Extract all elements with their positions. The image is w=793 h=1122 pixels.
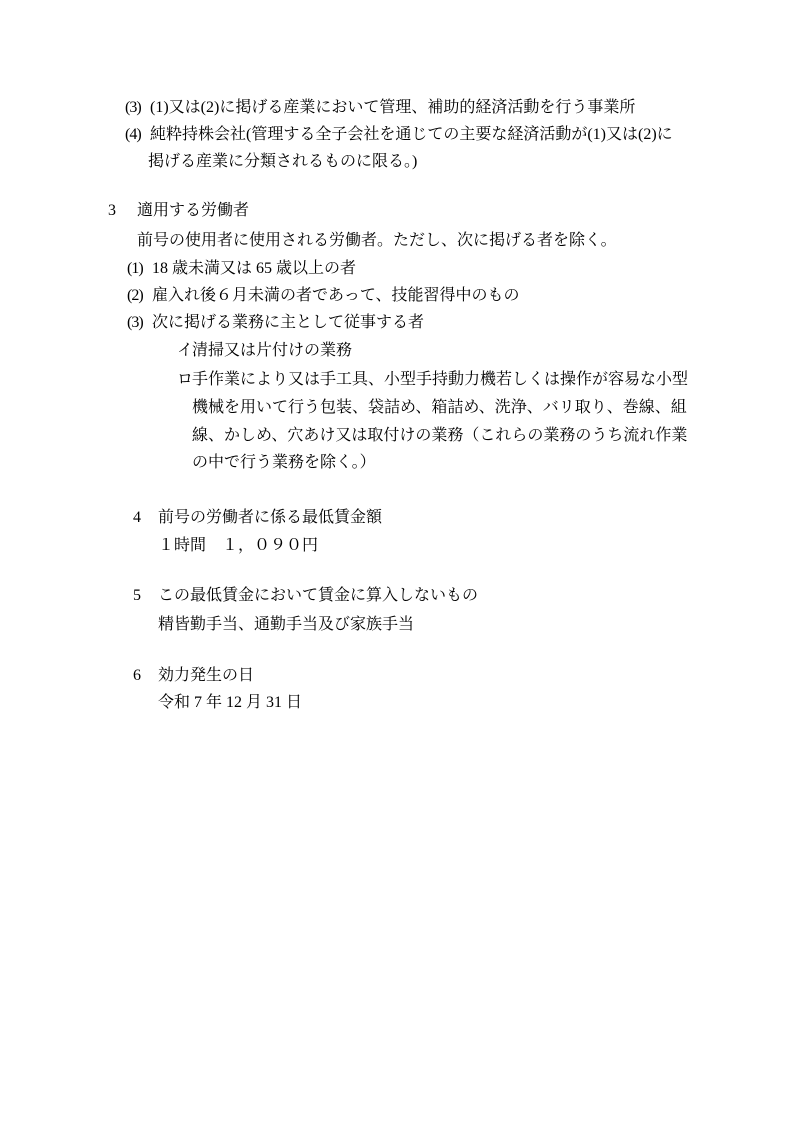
list-item-text: 18 歳未満又は 65 歳以上の者 xyxy=(152,255,356,282)
sub-list-item: ロ 手作業により又は手工具、小型手持動力機若しくは操作が容易な小型 xyxy=(177,366,688,393)
sub-list-item-marker: ロ xyxy=(177,366,192,393)
list-item-marker: (4) xyxy=(125,121,150,148)
minimum-wage-amount: １時間 １，０９０円 xyxy=(158,532,318,559)
list-item-text: 雇入れ後６月未満の者であって、技能習得中のもの xyxy=(152,282,520,309)
section-body-text: 前号の使用者に使用される労働者。ただし、次に掲げる者を除く。 xyxy=(137,227,617,254)
section-title: 前号の労働者に係る最低賃金額 xyxy=(158,504,382,531)
list-item-marker: (3) xyxy=(125,94,150,121)
sub-list-item-text: の中で行う業務を除く。） xyxy=(192,449,376,476)
sub-list-item-text: 線、かしめ、穴あけ又は取付けの業務（これらの業務のうち流れ作業 xyxy=(192,422,687,449)
list-item: (1) 18 歳未満又は 65 歳以上の者 xyxy=(127,255,356,282)
section-3-body: 前号の使用者に使用される労働者。ただし、次に掲げる者を除く。 xyxy=(137,227,617,254)
document-page: (3) (1)又は(2)に掲げる産業において管理、補助的経済活動を行う事業所 (… xyxy=(0,0,793,1122)
list-item-marker: (3) xyxy=(127,309,152,336)
list-item-text: 次に掲げる業務に主として従事する者 xyxy=(152,309,424,336)
list-item-text: (1)又は(2)に掲げる産業において管理、補助的経済活動を行う事業所 xyxy=(150,94,635,121)
list-item-text: 純粋持株会社(管理する全子会社を通じての主要な経済活動が(1)又は(2)に xyxy=(150,121,673,148)
list-item-continuation: 掲げる産業に分類されるものに限る。) xyxy=(148,148,417,175)
section-number: 4 xyxy=(133,504,158,531)
section-title: この最低賃金において賃金に算入しないもの xyxy=(158,582,478,609)
section-title: 適用する労働者 xyxy=(137,197,249,224)
section-title: 効力発生の日 xyxy=(158,662,254,689)
sub-list-item-continuation: の中で行う業務を除く。） xyxy=(192,449,376,476)
list-item: (3) 次に掲げる業務に主として従事する者 xyxy=(127,309,424,336)
list-item: (3) (1)又は(2)に掲げる産業において管理、補助的経済活動を行う事業所 xyxy=(125,94,635,121)
section-number: 5 xyxy=(133,582,158,609)
section-number: 6 xyxy=(133,662,158,689)
list-item-text: 掲げる産業に分類されるものに限る。) xyxy=(148,148,417,175)
list-item: (2) 雇入れ後６月未満の者であって、技能習得中のもの xyxy=(127,282,520,309)
section-5-heading: 5 この最低賃金において賃金に算入しないもの xyxy=(133,582,478,609)
excluded-allowances-text: 精皆勤手当、通勤手当及び家族手当 xyxy=(158,611,414,638)
section-4-heading: 4 前号の労働者に係る最低賃金額 xyxy=(133,504,382,531)
section-3-heading: 3 適用する労働者 xyxy=(108,197,249,224)
list-item-marker: (2) xyxy=(127,282,152,309)
list-item-marker: (1) xyxy=(127,255,152,282)
section-6-heading: 6 効力発生の日 xyxy=(133,662,254,689)
sub-list-item-text: 機械を用いて行う包装、袋詰め、箱詰め、洗浄、バリ取り、巻線、組 xyxy=(192,394,687,421)
sub-list-item-continuation: 線、かしめ、穴あけ又は取付けの業務（これらの業務のうち流れ作業 xyxy=(192,422,687,449)
sub-list-item-text: 手作業により又は手工具、小型手持動力機若しくは操作が容易な小型 xyxy=(192,366,688,393)
section-5-body: 精皆勤手当、通勤手当及び家族手当 xyxy=(158,611,414,638)
sub-list-item-marker: イ xyxy=(177,337,192,364)
sub-list-item-continuation: 機械を用いて行う包装、袋詰め、箱詰め、洗浄、バリ取り、巻線、組 xyxy=(192,394,687,421)
sub-list-item-text: 清掃又は片付けの業務 xyxy=(192,337,352,364)
section-number: 3 xyxy=(108,197,137,224)
section-6-body: 令和 7 年 12 月 31 日 xyxy=(158,689,302,716)
section-4-body: １時間 １，０９０円 xyxy=(158,532,318,559)
effective-date-text: 令和 7 年 12 月 31 日 xyxy=(158,689,302,716)
list-item: (4) 純粋持株会社(管理する全子会社を通じての主要な経済活動が(1)又は(2)… xyxy=(125,121,673,148)
sub-list-item: イ 清掃又は片付けの業務 xyxy=(177,337,352,364)
